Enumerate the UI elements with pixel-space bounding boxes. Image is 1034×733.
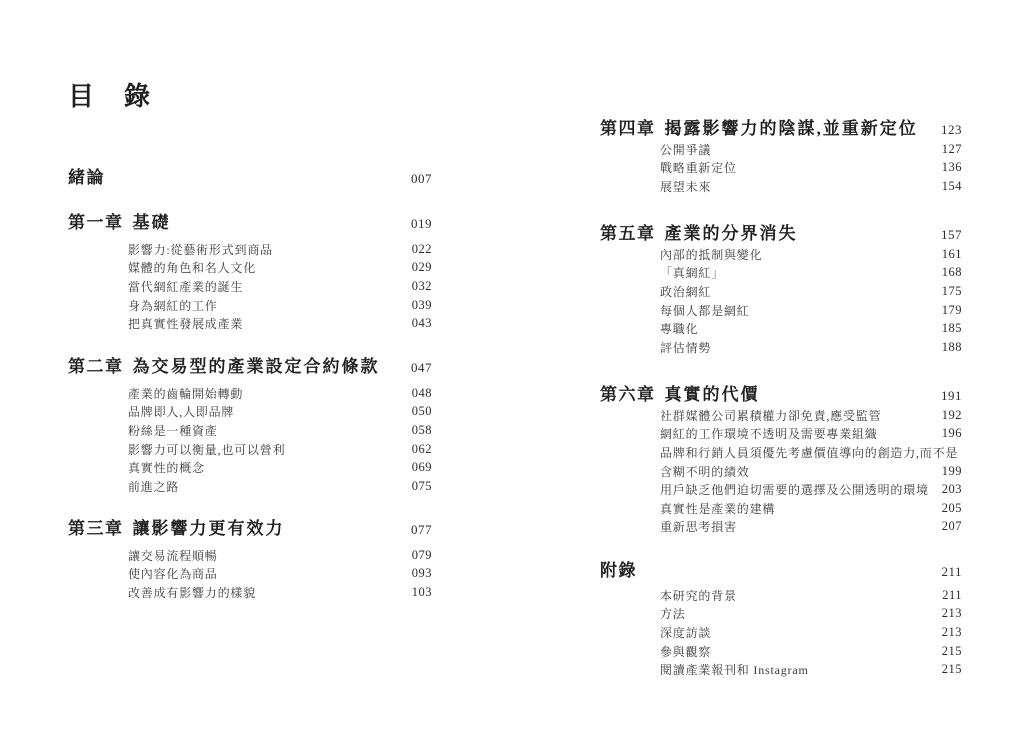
- toc-chapter-5: 第五章 產業的分界消失 157 內部的抵制與變化161 「真網紅」168 政治網…: [600, 223, 962, 357]
- toc-entry: 媒體的角色和名人文化029: [128, 259, 432, 278]
- entry-page-number: 050: [412, 404, 432, 419]
- chapter-number: 第四章: [600, 118, 656, 140]
- chapter-heading: 第五章 產業的分界消失 157: [600, 223, 962, 245]
- chapter-number: 第五章: [600, 223, 656, 245]
- entry-page-number: 154: [942, 179, 962, 194]
- toc-left-column: 緒論 007 第一章 基礎 019 影響力:從藝術形式到商品022 媒體的角色和…: [68, 0, 432, 733]
- entry-page-number: 103: [412, 585, 432, 600]
- entry-title: 專職化: [660, 320, 698, 337]
- entry-title: 前進之路: [128, 478, 179, 495]
- toc-entry: 戰略重新定位136: [660, 159, 962, 178]
- chapter-number: 第三章: [68, 518, 124, 540]
- entry-page-number: 029: [412, 260, 432, 275]
- entry-page-number: 213: [942, 625, 962, 640]
- toc-entry: 重新思考損害207: [660, 518, 962, 537]
- toc-entry: 影響力:從藝術形式到商品022: [128, 240, 432, 259]
- toc-entry: 閱讀產業報刊和 Instagram215: [660, 660, 962, 679]
- toc-entry: 品牌和行銷人員須優先考慮價值導向的創造力,而不是: [660, 443, 962, 462]
- toc-entry: 把真實性發展成產業043: [128, 314, 432, 333]
- entry-page-number: 069: [412, 460, 432, 475]
- chapter-page-number: 019: [411, 213, 432, 235]
- entry-page-number: 075: [412, 479, 432, 494]
- entry-title: 本研究的背景: [660, 587, 737, 604]
- chapter-title: 真實的代價: [665, 384, 934, 406]
- entry-title: 每個人都是網紅: [660, 302, 750, 319]
- toc-entry: 每個人都是網紅179: [660, 301, 962, 320]
- toc-entry: 方法213: [660, 605, 962, 624]
- entry-title: 產業的齒輪開始轉動: [128, 385, 243, 402]
- toc-entry: 含糊不明的績效199: [660, 462, 962, 481]
- chapter-subentries: 讓交易流程順暢079 使內容化為商品093 改善成有影響力的樣貌103: [68, 546, 432, 602]
- entry-page-number: 043: [412, 316, 432, 331]
- entry-title: 評估情勢: [660, 339, 711, 356]
- toc-appendix: 附錄 211 本研究的背景211 方法213 深度訪談213 參與觀察215 閱…: [600, 560, 962, 679]
- entry-title: 緒論: [68, 167, 105, 189]
- entry-page-number: 199: [942, 464, 962, 479]
- chapter-page-number: 047: [411, 357, 432, 379]
- entry-title: 含糊不明的績效: [660, 463, 750, 480]
- entry-page-number: 188: [942, 340, 962, 355]
- entry-title: 內部的抵制與變化: [660, 246, 762, 263]
- toc-entry: 改善成有影響力的樣貌103: [128, 583, 432, 602]
- toc-entry: 使內容化為商品093: [128, 565, 432, 584]
- entry-title: 用戶缺乏他們迫切需要的選擇及公開透明的環境: [660, 481, 929, 498]
- entry-page-number: 185: [942, 321, 962, 336]
- chapter-heading: 第四章 揭露影響力的陰謀,並重新定位 123: [600, 118, 962, 140]
- toc-entry: 品牌即人,人即品牌050: [128, 403, 432, 422]
- entry-page-number: 207: [942, 519, 962, 534]
- entry-title: 影響力:從藝術形式到商品: [128, 241, 273, 258]
- toc-chapter-6: 第六章 真實的代價 191 社群媒體公司累積權力卻免責,應受監管192 網紅的工…: [600, 384, 962, 536]
- entry-title: 社群媒體公司累積權力卻免責,應受監管: [660, 407, 881, 424]
- entry-page-number: 168: [942, 265, 962, 280]
- entry-title: 改善成有影響力的樣貌: [128, 584, 256, 601]
- toc-right-column: 第四章 揭露影響力的陰謀,並重新定位 123 公開爭議127 戰略重新定位136…: [600, 0, 962, 733]
- toc-entry: 前進之路075: [128, 477, 432, 496]
- chapter-heading: 第六章 真實的代價 191: [600, 384, 962, 406]
- entry-page-number: 215: [942, 662, 962, 677]
- entry-page-number: 215: [942, 644, 962, 659]
- entry-title: 真實性的概念: [128, 459, 205, 476]
- entry-page-number: 196: [942, 426, 962, 441]
- entry-title: 讓交易流程順暢: [128, 547, 218, 564]
- chapter-title: 讓影響力更有效力: [133, 518, 404, 540]
- entry-title: 公開爭議: [660, 141, 711, 158]
- entry-page-number: 032: [412, 279, 432, 294]
- chapter-page-number: 123: [941, 119, 962, 141]
- chapter-page-number: 077: [411, 519, 432, 541]
- entry-page-number: 211: [941, 561, 962, 583]
- toc-entry: 公開爭議127: [660, 140, 962, 159]
- entry-title: 戰略重新定位: [660, 159, 737, 176]
- chapter-heading: 第三章 讓影響力更有效力 077: [68, 518, 432, 540]
- chapter-page-number: 191: [941, 385, 962, 407]
- entry-title: 使內容化為商品: [128, 565, 218, 582]
- entry-title: 方法: [660, 605, 686, 622]
- chapter-title: 基礎: [133, 212, 404, 234]
- toc-entry-intro: 緒論 007: [68, 167, 432, 189]
- toc-entry: 「真網紅」168: [660, 264, 962, 283]
- chapter-subentries: 產業的齒輪開始轉動048 品牌即人,人即品牌050 粉絲是一種資產058 影響力…: [68, 384, 432, 496]
- appendix-heading: 附錄 211: [600, 560, 962, 582]
- toc-entry: 讓交易流程順暢079: [128, 546, 432, 565]
- toc-entry: 用戶缺乏他們迫切需要的選擇及公開透明的環境203: [660, 480, 962, 499]
- entry-title: 影響力可以衡量,也可以營利: [128, 441, 285, 458]
- toc-entry: 真實性是產業的建構205: [660, 499, 962, 518]
- entry-title: 品牌即人,人即品牌: [128, 403, 234, 420]
- chapter-number: 第二章: [68, 356, 124, 378]
- chapter-page-number: 157: [941, 224, 962, 246]
- toc-entry: 本研究的背景211: [660, 586, 962, 605]
- toc-entry: 參與觀察215: [660, 642, 962, 661]
- entry-title: 品牌和行銷人員須優先考慮價值導向的創造力,而不是: [660, 444, 958, 461]
- toc-entry: 網紅的工作環境不透明及需要專業組織196: [660, 425, 962, 444]
- chapter-subentries: 影響力:從藝術形式到商品022 媒體的角色和名人文化029 當代網紅產業的誕生0…: [68, 240, 432, 333]
- toc-entry: 專職化185: [660, 319, 962, 338]
- entry-page-number: 136: [942, 160, 962, 175]
- entry-title: 政治網紅: [660, 283, 711, 300]
- chapter-subentries: 公開爭議127 戰略重新定位136 展望未來154: [600, 140, 962, 196]
- toc-chapter-2: 第二章 為交易型的產業設定合約條款 047 產業的齒輪開始轉動048 品牌即人,…: [68, 356, 432, 496]
- toc-entry: 評估情勢188: [660, 338, 962, 357]
- entry-title: 深度訪談: [660, 624, 711, 641]
- toc-entry: 當代網紅產業的誕生032: [128, 277, 432, 296]
- entry-page-number: 203: [942, 482, 962, 497]
- entry-title: 當代網紅產業的誕生: [128, 278, 243, 295]
- entry-title: 身為網紅的工作: [128, 297, 218, 314]
- entry-title: 粉絲是一種資產: [128, 422, 218, 439]
- entry-page-number: 175: [942, 284, 962, 299]
- toc-entry: 深度訪談213: [660, 623, 962, 642]
- toc-chapter-1: 第一章 基礎 019 影響力:從藝術形式到商品022 媒體的角色和名人文化029…: [68, 212, 432, 333]
- toc-chapter-4: 第四章 揭露影響力的陰謀,並重新定位 123 公開爭議127 戰略重新定位136…: [600, 118, 962, 196]
- toc-entry: 產業的齒輪開始轉動048: [128, 384, 432, 403]
- toc-entry: 粉絲是一種資產058: [128, 421, 432, 440]
- toc-entry: 社群媒體公司累積權力卻免責,應受監管192: [660, 406, 962, 425]
- entry-title: 閱讀產業報刊和 Instagram: [660, 661, 809, 678]
- chapter-subentries: 社群媒體公司累積權力卻免責,應受監管192 網紅的工作環境不透明及需要專業組織1…: [600, 406, 962, 536]
- chapter-subentries: 內部的抵制與變化161 「真網紅」168 政治網紅175 每個人都是網紅179 …: [600, 245, 962, 357]
- entry-title: 展望未來: [660, 178, 711, 195]
- chapter-subentries: 本研究的背景211 方法213 深度訪談213 參與觀察215 閱讀產業報刊和 …: [600, 586, 962, 679]
- toc-chapter-3: 第三章 讓影響力更有效力 077 讓交易流程順暢079 使內容化為商品093 改…: [68, 518, 432, 602]
- entry-title: 媒體的角色和名人文化: [128, 259, 256, 276]
- entry-page-number: 062: [412, 442, 432, 457]
- chapter-title: 為交易型的產業設定合約條款: [133, 356, 404, 378]
- entry-page-number: 211: [942, 588, 962, 603]
- toc-entry: 身為網紅的工作039: [128, 296, 432, 315]
- entry-page-number: 192: [942, 408, 962, 423]
- entry-page-number: 205: [942, 501, 962, 516]
- chapter-title: 產業的分界消失: [665, 223, 934, 245]
- toc-entry: 展望未來154: [660, 177, 962, 196]
- entry-title: 網紅的工作環境不透明及需要專業組織: [660, 425, 878, 442]
- entry-page-number: 179: [942, 303, 962, 318]
- toc-entry: 真實性的概念069: [128, 458, 432, 477]
- entry-page-number: 161: [942, 247, 962, 262]
- chapter-number: 第六章: [600, 384, 656, 406]
- entry-page-number: 079: [412, 548, 432, 563]
- chapter-heading: 第二章 為交易型的產業設定合約條款 047: [68, 356, 432, 378]
- toc-entry: 內部的抵制與變化161: [660, 245, 962, 264]
- entry-page-number: 039: [412, 298, 432, 313]
- entry-title: 重新思考損害: [660, 518, 737, 535]
- entry-title: 參與觀察: [660, 643, 711, 660]
- entry-page-number: 093: [412, 566, 432, 581]
- entry-title: 把真實性發展成產業: [128, 315, 243, 332]
- entry-title: 「真網紅」: [660, 264, 724, 281]
- entry-page-number: 213: [942, 606, 962, 621]
- entry-title: 真實性是產業的建構: [660, 500, 775, 517]
- chapter-heading: 第一章 基礎 019: [68, 212, 432, 234]
- toc-page: 目 錄 緒論 007 第一章 基礎 019 影響力:從藝術形式到商品022 媒體…: [0, 0, 1034, 733]
- toc-entry: 政治網紅175: [660, 282, 962, 301]
- entry-page-number: 048: [412, 386, 432, 401]
- toc-entry: 影響力可以衡量,也可以營利062: [128, 440, 432, 459]
- entry-page-number: 007: [411, 168, 432, 190]
- chapter-title: 揭露影響力的陰謀,並重新定位: [665, 118, 934, 140]
- entry-title: 附錄: [600, 560, 637, 582]
- entry-page-number: 127: [942, 142, 962, 157]
- entry-page-number: 022: [412, 242, 432, 257]
- entry-page-number: 058: [412, 423, 432, 438]
- chapter-number: 第一章: [68, 212, 124, 234]
